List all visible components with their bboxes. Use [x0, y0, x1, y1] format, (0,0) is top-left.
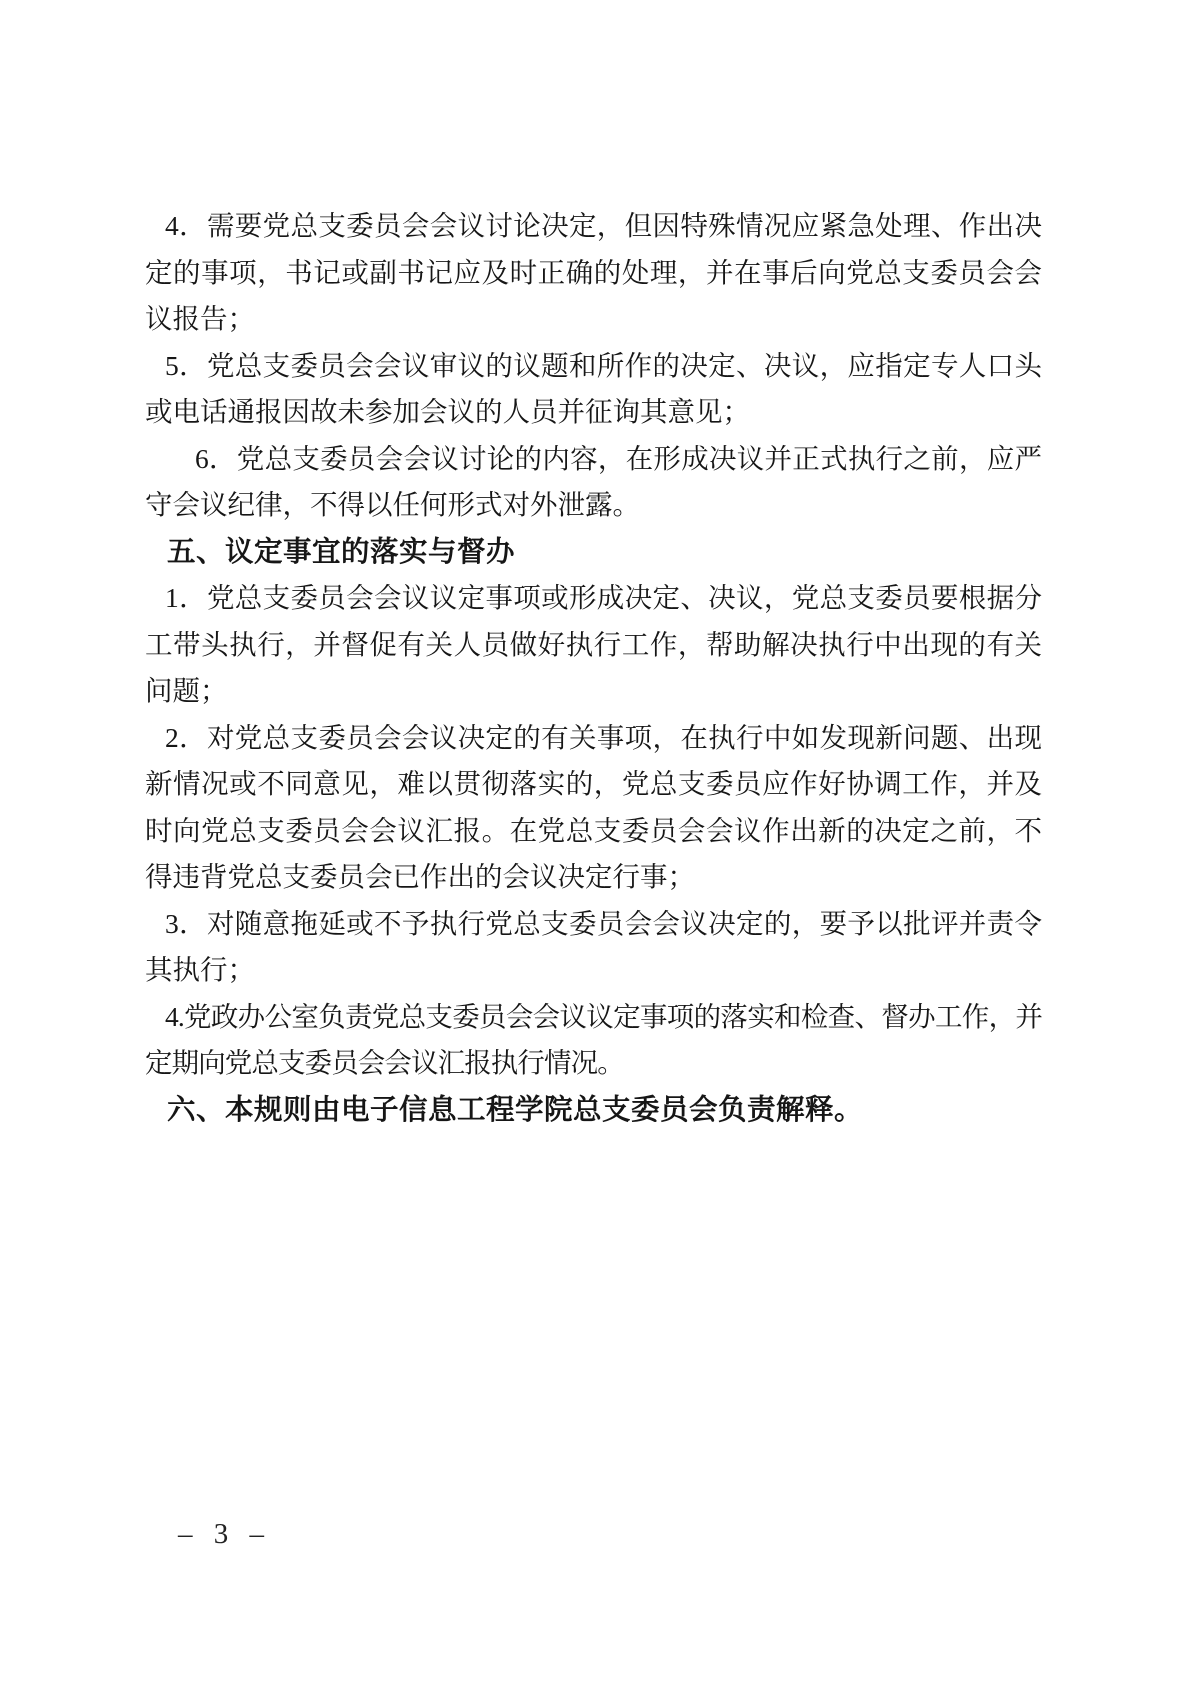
section-five-clause-3: 3．对随意拖延或不予执行党总支委员会会议决定的，要予以批评并责令其执行；	[145, 901, 1042, 994]
section-five-clause-4: 4.党政办公室负责党总支委员会会议议定事项的落实和检查、督办工作，并定期向党总支…	[145, 994, 1042, 1087]
section-heading-six: 六、本规则由电子信息工程学院总支委员会负责解释。	[145, 1087, 1042, 1134]
page-number: – 3 –	[178, 1518, 271, 1551]
clause-item-6: 6．党总支委员会会议讨论的内容，在形成决议并正式执行之前，应严守会议纪律，不得以…	[145, 436, 1042, 529]
document-page: 4．需要党总支委员会会议讨论决定，但因特殊情况应紧急处理、作出决定的事项，书记或…	[0, 0, 1191, 1684]
section-heading-five: 五、议定事宜的落实与督办	[145, 529, 1042, 576]
section-five-clause-1: 1．党总支委员会会议议定事项或形成决定、决议，党总支委员要根据分工带头执行，并督…	[145, 575, 1042, 715]
section-five-clause-2: 2．对党总支委员会会议决定的有关事项，在执行中如发现新问题、出现新情况或不同意见…	[145, 715, 1042, 901]
clause-item-5: 5．党总支委员会会议审议的议题和所作的决定、决议，应指定专人口头或电话通报因故未…	[145, 343, 1042, 436]
clause-item-4: 4．需要党总支委员会会议讨论决定，但因特殊情况应紧急处理、作出决定的事项，书记或…	[145, 203, 1042, 343]
document-body: 4．需要党总支委员会会议讨论决定，但因特殊情况应紧急处理、作出决定的事项，书记或…	[145, 203, 1042, 1133]
